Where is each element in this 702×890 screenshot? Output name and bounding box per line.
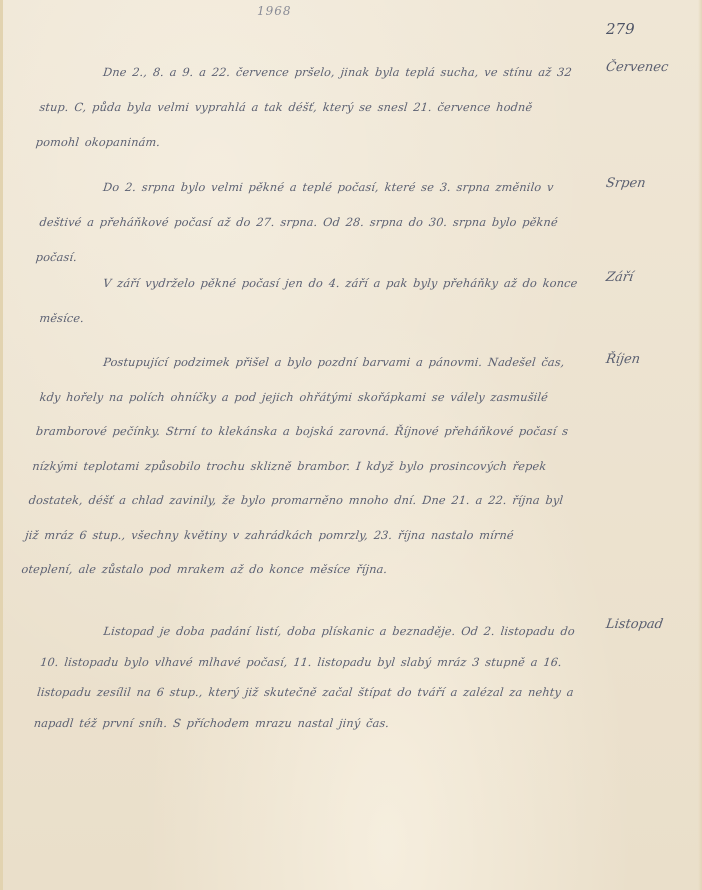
paragraph-zari: V září vydrželo pěkné počasí jen do 4. z… xyxy=(38,266,585,336)
margin-month-cervenec: Červenec xyxy=(605,60,669,75)
margin-month-listopad: Listopad xyxy=(605,617,664,632)
chronicle-page: 1968 279 Červenec Dne 2., 8. a 9. a 22. … xyxy=(0,0,702,890)
paragraph-cervenec: Dne 2., 8. a 9. a 22. července pršelo, j… xyxy=(34,55,585,160)
paragraph-listopad: Listopad je doba padání listí, doba plís… xyxy=(32,617,585,739)
margin-month-rijen: Říjen xyxy=(605,352,641,367)
page-number: 279 xyxy=(606,20,635,38)
paragraph-srpen: Do 2. srpna bylo velmi pěkné a teplé poč… xyxy=(34,170,585,275)
margin-month-srpen: Srpen xyxy=(605,176,647,191)
page-edge xyxy=(698,0,702,890)
margin-month-zari: Září xyxy=(605,270,634,285)
year-heading: 1968 xyxy=(257,4,292,18)
paragraph-rijen: Postupující podzimek přišel a bylo pozdn… xyxy=(20,346,585,588)
